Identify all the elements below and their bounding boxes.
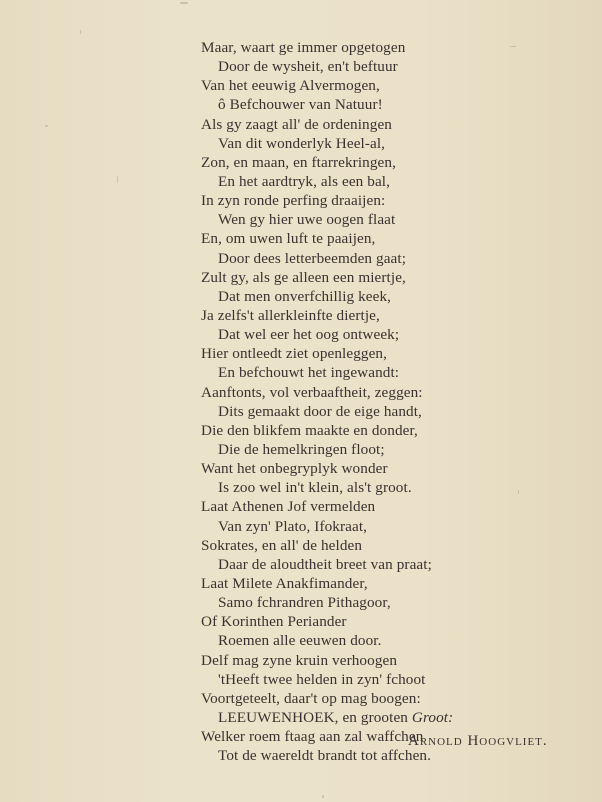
poem-line-text: Dat wel eer het oog ontweek; — [218, 326, 399, 343]
poem-line-text: Want het onbegryplyk wonder — [201, 460, 388, 477]
poem-line: Ja zelfs't allerkleinfte diertje, — [201, 306, 561, 325]
poem-line: Laat Athenen Jof vermelden — [201, 497, 561, 516]
paper-speck — [80, 30, 81, 34]
poem-line: Zon, en maan, en ftarrekringen, — [201, 153, 561, 172]
poem-line: Aanftonts, vol verbaaftheit, zeggen: — [201, 383, 561, 402]
paper-speck — [117, 176, 118, 183]
poem-line: ô Befchouwer van Natuur! — [201, 95, 561, 114]
poem-line-text: Is zoo wel in't klein, als't groot. — [218, 479, 412, 496]
poem-line-text: Welker roem ftaag aan zal waffchen — [201, 728, 423, 745]
paper-speck — [510, 46, 516, 47]
paper-speck — [180, 2, 188, 4]
book-page: Maar, waart ge immer opgetogenDoor de wy… — [0, 0, 602, 802]
poem-line: Delf mag zyne kruin verhoogen — [201, 651, 561, 670]
poem-line: Of Korinthen Periander — [201, 612, 561, 631]
poem-line-text: Dits gemaakt door de eige handt, — [218, 403, 422, 420]
poem-line-text: Daar de aloudtheit breet van praat; — [218, 556, 432, 573]
poem-line-text: Door dees letterbeemden gaat; — [218, 250, 406, 267]
poem-line-text: Die den blikfem maakte en donder, — [201, 422, 418, 439]
poem-line: Sokrates, en all' de helden — [201, 536, 561, 555]
poem-line-text: Dat men onverfchillig keek, — [218, 288, 391, 305]
poem-line-text: Door de wysheit, en't beftuur — [218, 58, 398, 75]
poem-line-text: Zult gy, als ge alleen een miertje, — [201, 269, 406, 286]
poem-line-text: Zon, en maan, en ftarrekringen, — [201, 154, 396, 171]
poem-line: En befchouwt het ingewandt: — [201, 363, 561, 382]
poem-line: LEEUWENHOEK, en grooten Groot: — [201, 708, 561, 727]
poem-line: Voortgeteelt, daar't op mag boogen: — [201, 689, 561, 708]
poem-line: Samo fchrandren Pithagoor, — [201, 593, 561, 612]
poem-line-text: En, om uwen luft te paaijen, — [201, 230, 375, 247]
poem-line-italic: Groot: — [412, 709, 453, 726]
poem-line: Maar, waart ge immer opgetogen — [201, 38, 561, 57]
poem-line-text: In zyn ronde perfing draaijen: — [201, 192, 385, 209]
poem-line-text: Die de hemelkringen floot; — [218, 441, 385, 458]
poem-line: Door dees letterbeemden gaat; — [201, 249, 561, 268]
poem-line: Van het eeuwig Alvermogen, — [201, 76, 561, 95]
poem-line: Daar de aloudtheit breet van praat; — [201, 555, 561, 574]
poem-line-text: Delf mag zyne kruin verhoogen — [201, 652, 397, 669]
poem-line-text: Roemen alle eeuwen door. — [218, 632, 382, 649]
poem-line-text: Wen gy hier uwe oogen flaat — [218, 211, 395, 228]
poem-line-text: En het aardtryk, als een bal, — [218, 173, 390, 190]
poem-line-text: Laat Athenen Jof vermelden — [201, 498, 375, 515]
poem-line: En het aardtryk, als een bal, — [201, 172, 561, 191]
paper-speck — [45, 125, 48, 127]
poem-line: Roemen alle eeuwen door. — [201, 631, 561, 650]
poem-line-text: 'tHeeft twee helden in zyn' fchoot — [218, 671, 426, 688]
paper-speck — [322, 795, 324, 798]
poem-line: Die de hemelkringen floot; — [201, 440, 561, 459]
poem-line-text: Tot de waereldt brandt tot affchen. — [218, 747, 431, 764]
poem-line: Wen gy hier uwe oogen flaat — [201, 210, 561, 229]
poem-line: 'tHeeft twee helden in zyn' fchoot — [201, 670, 561, 689]
poem-line-text: LEEUWENHOEK, en grooten — [218, 709, 412, 726]
poem-line-text: En befchouwt het ingewandt: — [218, 364, 399, 381]
poem-line: En, om uwen luft te paaijen, — [201, 229, 561, 248]
poem-line-text: Of Korinthen Periander — [201, 613, 347, 630]
author-signature: Arnold Hoogvliet. — [408, 733, 548, 750]
poem-line-text: Van dit wonderlyk Heel-al, — [218, 135, 385, 152]
poem-line-text: Laat Milete Anakfimander, — [201, 575, 368, 592]
poem-line: Is zoo wel in't klein, als't groot. — [201, 478, 561, 497]
poem-line-text: Samo fchrandren Pithagoor, — [218, 594, 391, 611]
poem-line: Als gy zaagt all' de ordeningen — [201, 115, 561, 134]
poem-line: Dits gemaakt door de eige handt, — [201, 402, 561, 421]
poem-line: Laat Milete Anakfimander, — [201, 574, 561, 593]
poem-line-text: Maar, waart ge immer opgetogen — [201, 39, 405, 56]
poem-line: In zyn ronde perfing draaijen: — [201, 191, 561, 210]
poem-line-text: Van zyn' Plato, Ifokraat, — [218, 518, 367, 535]
poem-line: Van zyn' Plato, Ifokraat, — [201, 517, 561, 536]
poem-line-text: Sokrates, en all' de helden — [201, 537, 362, 554]
poem-line: Zult gy, als ge alleen een miertje, — [201, 268, 561, 287]
poem-line: Door de wysheit, en't beftuur — [201, 57, 561, 76]
poem-line-text: Voortgeteelt, daar't op mag boogen: — [201, 690, 421, 707]
poem-line: Van dit wonderlyk Heel-al, — [201, 134, 561, 153]
poem-line-text: Ja zelfs't allerkleinfte diertje, — [201, 307, 380, 324]
poem-line: Want het onbegryplyk wonder — [201, 459, 561, 478]
poem-line-text: Van het eeuwig Alvermogen, — [201, 77, 380, 94]
poem-line: Dat wel eer het oog ontweek; — [201, 325, 561, 344]
paper-speck — [518, 490, 519, 494]
poem-line-text: Als gy zaagt all' de ordeningen — [201, 116, 392, 133]
poem-line: Hier ontleedt ziet openleggen, — [201, 344, 561, 363]
poem-line: Dat men onverfchillig keek, — [201, 287, 561, 306]
poem-body: Maar, waart ge immer opgetogenDoor de wy… — [201, 38, 561, 765]
poem-line-text: ô Befchouwer van Natuur! — [218, 96, 383, 113]
poem-line-text: Hier ontleedt ziet openleggen, — [201, 345, 387, 362]
poem-line-text: Aanftonts, vol verbaaftheit, zeggen: — [201, 384, 423, 401]
poem-line: Die den blikfem maakte en donder, — [201, 421, 561, 440]
